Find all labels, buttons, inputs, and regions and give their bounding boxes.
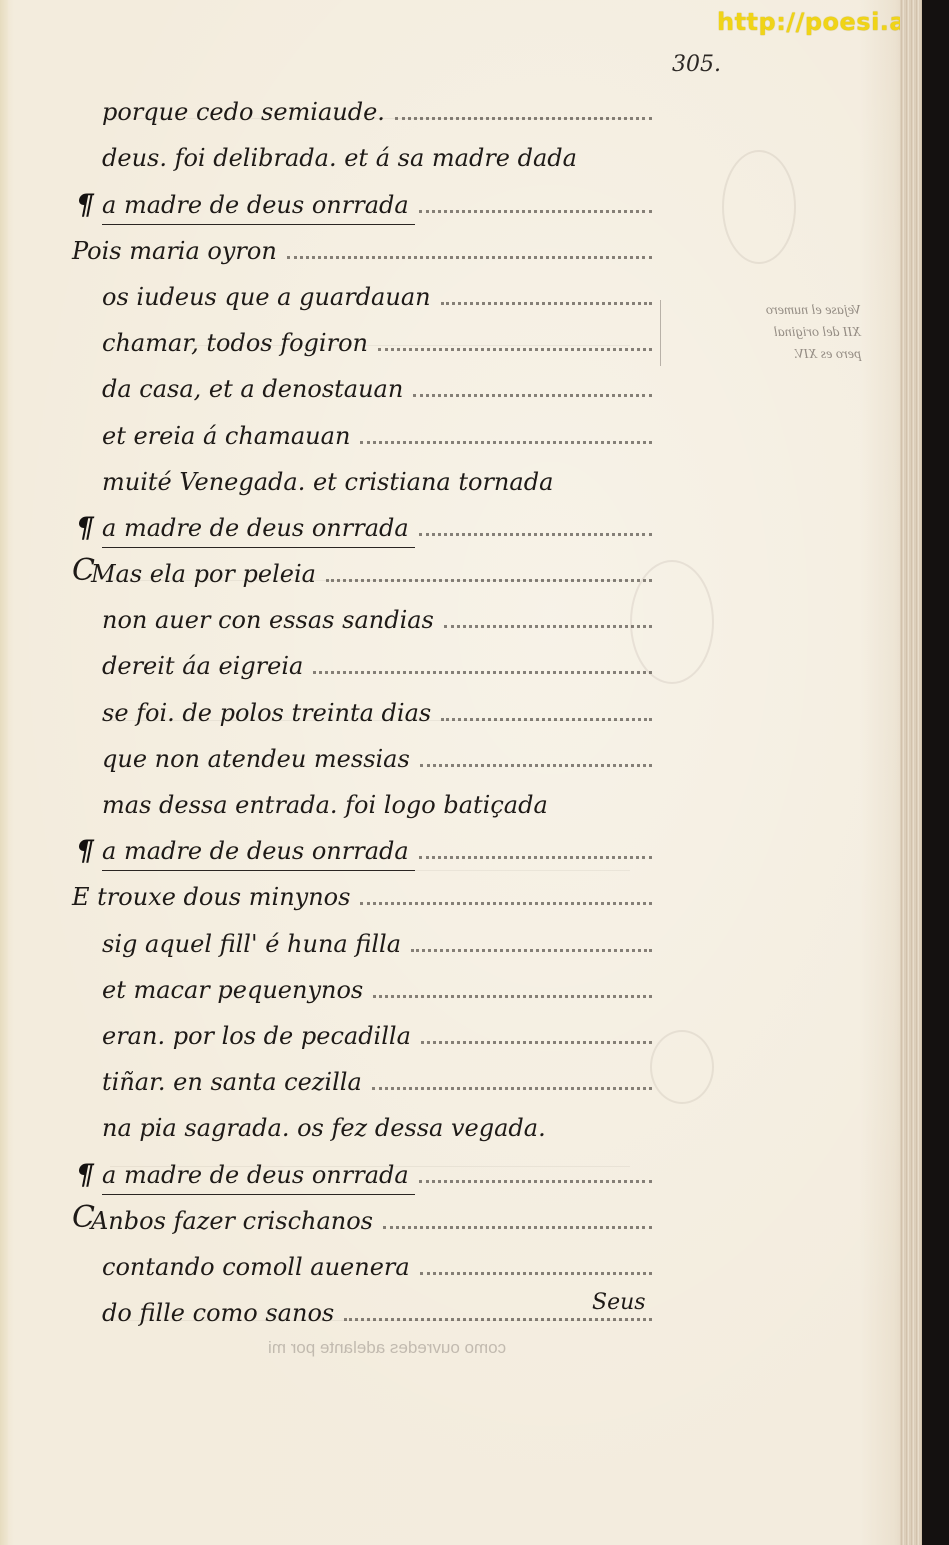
bleed-stamp xyxy=(722,150,796,264)
bleed-through-text: como ouvredes adelante por mi xyxy=(268,1338,506,1358)
dot-leader xyxy=(421,1041,652,1044)
dot-leader xyxy=(419,856,652,859)
verse-line: os iudeus que a guardauan xyxy=(72,265,652,311)
dot-leader xyxy=(420,1272,652,1275)
verse-line: se foi. de polos treinta dias xyxy=(72,680,652,726)
manuscript-text: porque cedo semiaude. deus. foi delibrad… xyxy=(72,80,652,1327)
margin-note-bleed-through: Vejase el numero XII del original pero e… xyxy=(660,300,861,366)
dot-leader xyxy=(441,302,652,305)
dot-leader xyxy=(372,1087,652,1090)
verse-line: tiñar. en santa cezilla xyxy=(72,1050,652,1096)
verse-line: chamar, todos fogiron xyxy=(72,311,652,357)
book-binding-shadow xyxy=(922,0,949,1545)
verse-line: porque cedo semiaude. xyxy=(72,80,652,126)
dot-leader xyxy=(373,995,652,998)
verse-line: contando comoll auenera xyxy=(72,1235,652,1281)
refrain-line: ¶a madre de deus onrrada xyxy=(72,496,652,542)
dot-leader xyxy=(360,441,652,444)
dot-leader xyxy=(419,1180,652,1183)
dot-leader xyxy=(360,902,652,905)
dot-leader xyxy=(313,671,652,674)
refrain-line: ¶a madre de deus onrrada xyxy=(72,1142,652,1188)
page-left-edge xyxy=(0,0,8,1545)
bleed-stamp xyxy=(650,1030,714,1104)
verse-line: do fille como sanos xyxy=(72,1281,652,1327)
verse-line: na pia sagrada. os fez dessa vegada. xyxy=(72,1096,652,1142)
dot-leader xyxy=(326,579,652,582)
dot-leader xyxy=(378,348,652,351)
dot-leader xyxy=(420,764,652,767)
refrain-line: ¶a madre de deus onrrada xyxy=(72,819,652,865)
catchword: Seus xyxy=(592,1290,646,1315)
verse-line: da casa, et a denostauan xyxy=(72,357,652,403)
stanza-first-line: CAnbos fazer crischanos xyxy=(72,1189,652,1235)
margin-note-line: XII del original xyxy=(671,322,861,344)
verse-line: eran. por los de pecadilla xyxy=(72,1004,652,1050)
margin-note-line: pero es XIV. xyxy=(671,344,861,366)
watermark-url: http://poesi.as xyxy=(717,8,921,36)
folio-number: 305. xyxy=(672,52,721,77)
dot-leader xyxy=(419,210,652,213)
dot-leader xyxy=(383,1226,652,1229)
refrain-line: ¶a madre de deus onrrada xyxy=(72,172,652,218)
dot-leader xyxy=(444,625,652,628)
verse-line: mas dessa entrada. foi logo batiçada xyxy=(72,773,652,819)
verse-line: que non atendeu messias xyxy=(72,727,652,773)
verse-line: muité Venegada. et cristiana tornada xyxy=(72,450,652,496)
verse-line: dereit áa eigreia xyxy=(72,634,652,680)
stanza-first-line: Pois maria oyron xyxy=(72,219,652,265)
dot-leader xyxy=(441,718,652,721)
dot-leader xyxy=(287,256,652,259)
stanza-first-line: CMas ela por peleia xyxy=(72,542,652,588)
dot-leader xyxy=(419,533,652,536)
dot-leader xyxy=(395,117,652,120)
verse-line: non auer con essas sandias xyxy=(72,588,652,634)
dot-leader xyxy=(413,394,652,397)
dot-leader xyxy=(411,949,652,952)
page-edge-stack xyxy=(900,0,922,1545)
verse-line: et macar pequenynos xyxy=(72,958,652,1004)
stanza-first-line: E trouxe dous minynos xyxy=(72,865,652,911)
pilcrow-icon: ¶ xyxy=(76,511,94,544)
pilcrow-icon: ¶ xyxy=(76,1158,94,1191)
manuscript-page: Vejase el numero XII del original pero e… xyxy=(0,0,918,1545)
margin-note-line: Vejase el numero xyxy=(671,300,861,322)
dot-leader xyxy=(344,1318,652,1321)
pilcrow-icon: ¶ xyxy=(76,188,94,221)
verse-line: et ereia á chamauan xyxy=(72,403,652,449)
verse-line: sig aquel fill' é huna filla xyxy=(72,911,652,957)
pilcrow-icon: ¶ xyxy=(76,834,94,867)
verse-line: deus. foi delibrada. et á sa madre dada xyxy=(72,126,652,172)
